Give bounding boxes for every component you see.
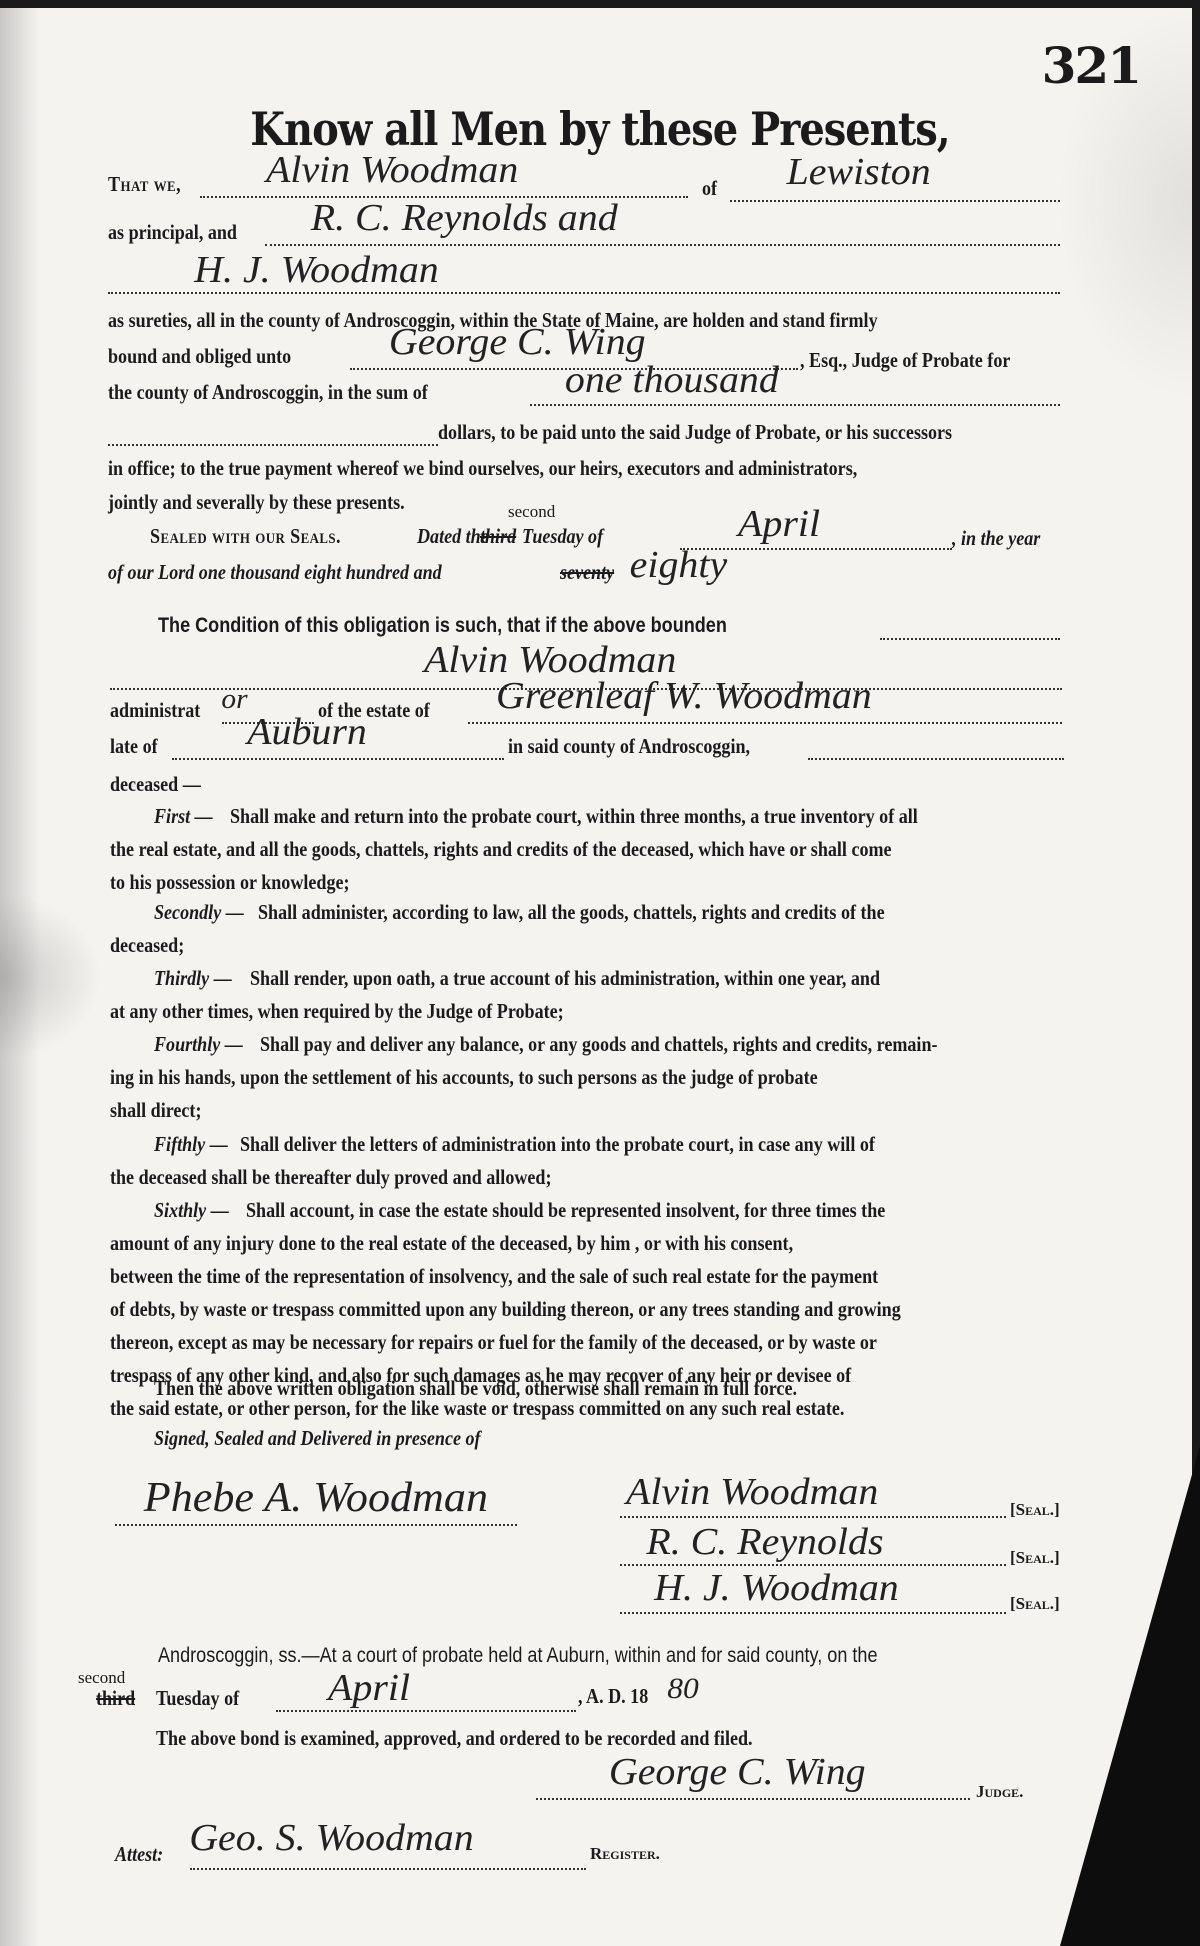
judge-signature-line — [536, 1798, 970, 1800]
seal-label-2: [Seal.] — [1010, 1548, 1060, 1568]
deceased-name: Greenleaf W. Woodman — [496, 674, 872, 718]
clause-line: deceased; — [110, 933, 184, 958]
signer-line-3 — [620, 1612, 1006, 1614]
judge-suffix: , Esq., Judge of Probate for — [800, 348, 1010, 373]
page-number: 321 — [1042, 36, 1140, 95]
tuesday-of: Tuesday of — [522, 524, 603, 549]
office-line: in office; to the true payment whereof w… — [108, 456, 857, 481]
signer-signature-1: Alvin Woodman — [626, 1470, 878, 1514]
deceased-name-line — [468, 722, 1062, 724]
witness-signature: Phebe A. Woodman — [144, 1474, 488, 1522]
court-month: April — [328, 1666, 410, 1710]
clause-line: Shall render, upon oath, a true account … — [250, 966, 880, 991]
scan-corner-shadow — [1060, 1446, 1200, 1946]
clause-line: to his possession or knowledge; — [110, 870, 350, 895]
month: April — [738, 502, 820, 546]
court-line: Androscoggin, ss.—At a court of probate … — [158, 1644, 877, 1668]
attest-label: Attest: — [115, 1842, 163, 1867]
administrat-suffix: or — [221, 684, 247, 716]
struck-ordinal: third — [480, 524, 516, 549]
deceased-label: deceased — — [110, 772, 201, 797]
sum-amount: one thousand — [565, 358, 779, 402]
inserted-ordinal: second — [508, 502, 555, 522]
late-of-label: late of — [110, 734, 158, 759]
sum-line — [530, 404, 1060, 406]
judge-signature: George C. Wing — [609, 1750, 866, 1794]
witness-line — [115, 1524, 517, 1526]
clause-line: shall direct; — [110, 1098, 201, 1123]
register-line — [190, 1868, 586, 1870]
lord-line: of our Lord one thousand eight hundred a… — [108, 560, 442, 585]
clause-line: ing in his hands, upon the settlement of… — [110, 1065, 818, 1090]
clause-line: Shall make and return into the probate c… — [230, 804, 918, 829]
seal-label-1: [Seal.] — [1010, 1500, 1060, 1520]
clause-line: amount of any injury done to the real es… — [110, 1231, 793, 1256]
clause-line: thereon, except as may be necessary for … — [110, 1330, 877, 1355]
void-line: Then the above written obligation shall … — [154, 1376, 797, 1401]
as-principal-label: as principal, and — [108, 220, 237, 245]
approval-line: The above bond is examined, approved, an… — [156, 1726, 753, 1751]
court-inserted-ordinal: second — [78, 1668, 125, 1688]
sum-line-2 — [108, 444, 438, 446]
dated-the: Dated the — [417, 524, 489, 549]
clause-line: Shall deliver the letters of administrat… — [240, 1132, 875, 1157]
bound-label: bound and obliged unto — [108, 344, 291, 369]
clause-secondly: Secondly — Shall administer, according t… — [110, 900, 1070, 966]
surety-line — [265, 244, 1060, 246]
town-line — [730, 200, 1060, 202]
clause-line: the deceased shall be thereafter duly pr… — [110, 1165, 551, 1190]
clauses-block: First — Shall make and return into the p… — [110, 804, 1070, 1432]
in-the-year: , in the year — [952, 526, 1040, 551]
court-ad-prefix: , A. D. 18 — [578, 1684, 648, 1709]
court-tuesday-of: Tuesday of — [156, 1686, 239, 1711]
clause-line: between the time of the representation o… — [110, 1264, 878, 1289]
surety-1: R. C. Reynolds and — [311, 196, 618, 240]
court-struck-ordinal: third — [96, 1686, 135, 1711]
register-label: Register. — [590, 1844, 660, 1864]
late-of-town: Auburn — [247, 710, 367, 754]
signed-line: Signed, Sealed and Delivered in presence… — [154, 1426, 481, 1451]
clause-line: at any other times, when required by the… — [110, 999, 564, 1024]
document-title: Know all Men by these Presents, — [0, 102, 1200, 156]
probate-bond-page: 321 Know all Men by these Presents, That… — [0, 8, 1192, 1946]
clause-line: the real estate, and all the goods, chat… — [110, 837, 892, 862]
condition-heading: The Condition of this obligation is such… — [158, 614, 727, 638]
clause-line: of debts, by waste or trespass committed… — [110, 1297, 901, 1322]
clause-lead: Secondly — — [154, 900, 244, 925]
clause-lead: Fourthly — — [154, 1032, 243, 1057]
seal-label-3: [Seal.] — [1010, 1594, 1060, 1614]
dollars-line: dollars, to be paid unto the said Judge … — [438, 420, 952, 445]
county-line — [808, 758, 1064, 760]
surety-line-2 — [108, 292, 1060, 294]
county-label: in said county of Androscoggin, — [508, 734, 750, 759]
clause-lead: Fifthly — — [154, 1132, 228, 1157]
clause-fifthly: Fifthly — Shall deliver the letters of a… — [110, 1132, 1070, 1198]
court-month-line — [276, 1710, 576, 1712]
clause-lead: First — — [154, 804, 213, 829]
clause-thirdly: Thirdly — Shall render, upon oath, a tru… — [110, 966, 1070, 1032]
surety-2: H. J. Woodman — [194, 248, 439, 292]
administrat-label: administrat — [110, 698, 200, 723]
court-line-text: Androscoggin, ss.—At a court of probate … — [158, 1644, 877, 1667]
county-sum-label: the county of Androscoggin, in the sum o… — [108, 380, 428, 405]
signer-signature-2: R. C. Reynolds — [646, 1520, 883, 1564]
clause-line: Shall account, in case the estate should… — [246, 1198, 885, 1223]
principal-town: Lewiston — [787, 150, 931, 194]
court-ad-year: 80 — [667, 1672, 699, 1706]
clause-lead: Sixthly — — [154, 1198, 229, 1223]
register-signature: Geo. S. Woodman — [189, 1816, 473, 1860]
late-of-line — [172, 758, 504, 760]
principal-name: Alvin Woodman — [266, 148, 518, 192]
bounden-line — [880, 638, 1060, 640]
clause-line: Shall pay and deliver any balance, or an… — [260, 1032, 938, 1057]
struck-year: seventy — [560, 560, 614, 585]
sealed-label: Sealed with our Seals. — [150, 524, 341, 549]
signer-line-1 — [620, 1516, 1006, 1518]
judge-label: Judge. — [976, 1782, 1023, 1802]
signer-signature-3: H. J. Woodman — [654, 1566, 899, 1610]
year-word: eighty — [630, 543, 728, 587]
jointly-line: jointly and severally by these presents. — [108, 490, 405, 515]
clause-first: First — Shall make and return into the p… — [110, 804, 1070, 900]
of-label: of — [702, 176, 717, 201]
clause-line: Shall administer, according to law, all … — [258, 900, 885, 925]
clause-lead: Thirdly — — [154, 966, 232, 991]
that-we-label: That we, — [108, 172, 181, 197]
clause-fourthly: Fourthly — Shall pay and deliver any bal… — [110, 1032, 1070, 1132]
